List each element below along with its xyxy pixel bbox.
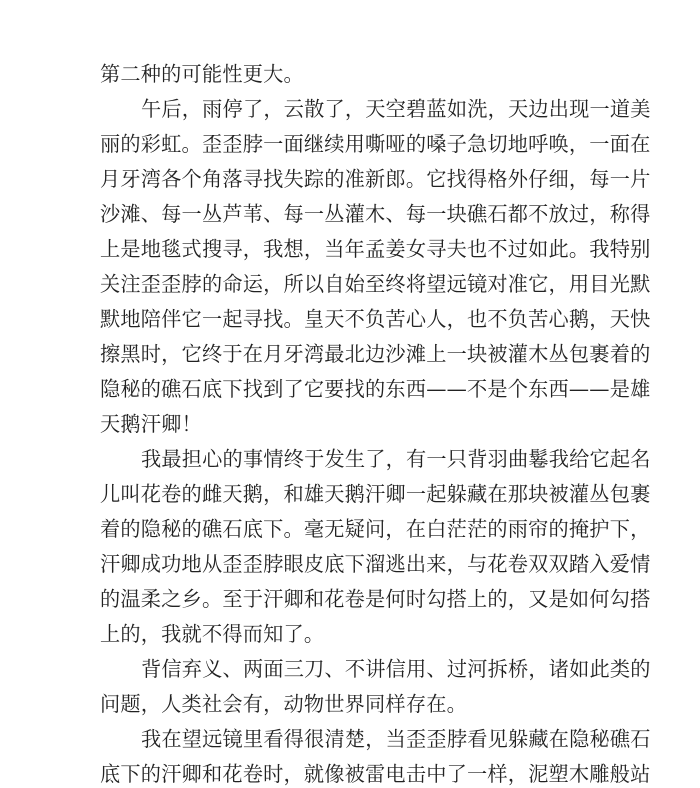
text-line: 天鹅汗卿！ (100, 407, 584, 442)
text-line: 底下的汗卿和花卷时，就像被雷电击中了一样，泥塑木雕般站 (100, 757, 584, 788)
text-line: 第二种的可能性更大。 (100, 57, 584, 92)
text-line: 丽的彩虹。歪歪脖一面继续用嘶哑的嗓子急切地呼唤，一面在 (100, 127, 584, 162)
text-line: 月牙湾各个角落寻找失踪的准新郎。它找得格外仔细，每一片 (100, 162, 584, 197)
text-line: 问题，人类社会有，动物世界同样存在。 (100, 687, 584, 722)
paragraph-start-line: 背信弃义、两面三刀、不讲信用、过河拆桥，诸如此类的 (100, 652, 584, 687)
text-line: 关注歪歪脖的命运，所以自始至终将望远镜对准它，用目光默 (100, 267, 584, 302)
paragraph-start-line: 我最担心的事情终于发生了，有一只背羽曲鬈我给它起名 (100, 442, 584, 477)
paragraph-start-line: 午后，雨停了，云散了，天空碧蓝如洗，天边出现一道美 (100, 92, 584, 127)
text-line: 着的隐秘的礁石底下。毫无疑问，在白茫茫的雨帘的掩护下， (100, 512, 584, 547)
text-line: 隐秘的礁石底下找到了它要找的东西——不是个东西——是雄 (100, 372, 584, 407)
document-page: 第二种的可能性更大。 午后，雨停了，云散了，天空碧蓝如洗，天边出现一道美 丽的彩… (100, 57, 584, 788)
text-line: 默地陪伴它一起寻找。皇天不负苦心人，也不负苦心鹅，天快 (100, 302, 584, 337)
text-line: 儿叫花卷的雌天鹅，和雄天鹅汗卿一起躲藏在那块被灌丛包裹 (100, 477, 584, 512)
text-line: 的温柔之乡。至于汗卿和花卷是何时勾搭上的，又是如何勾搭 (100, 582, 584, 617)
text-line: 擦黑时，它终于在月牙湾最北边沙滩上一块被灌木丛包裹着的 (100, 337, 584, 372)
text-line: 沙滩、每一丛芦苇、每一丛灌木、每一块礁石都不放过，称得 (100, 197, 584, 232)
text-line: 上的，我就不得而知了。 (100, 617, 584, 652)
paragraph-start-line: 我在望远镜里看得很清楚，当歪歪脖看见躲藏在隐秘礁石 (100, 722, 584, 757)
text-line: 上是地毯式搜寻，我想，当年孟姜女寻夫也不过如此。我特别 (100, 232, 584, 267)
text-line: 汗卿成功地从歪歪脖眼皮底下溜逃出来，与花卷双双踏入爱情 (100, 547, 584, 582)
